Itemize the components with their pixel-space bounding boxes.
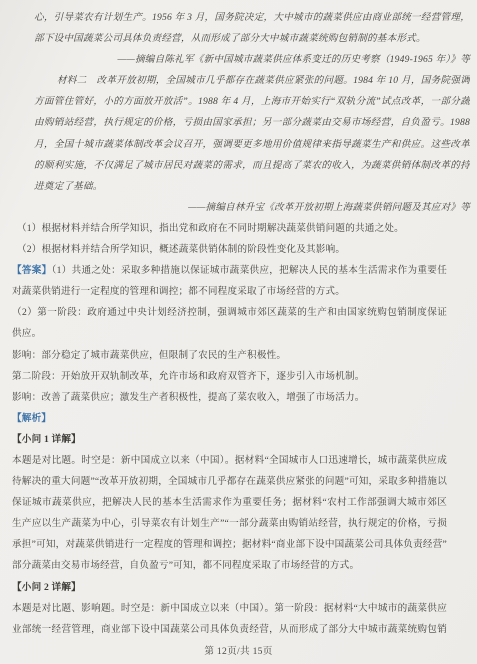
exam-answer-page: 心，引导菜农有计划生产。1956 年 3 月，国务院决定，大中城市的蔬菜供应由商… [0, 0, 477, 664]
line-text: 影响：改善了蔬菜供应；激发生产者积极性，提高了菜农收入，增强了市场活力。 [12, 392, 365, 403]
page-footer: 第 12页/共 15页 [0, 643, 477, 657]
text-line: 影响：改善了蔬菜供应；激发生产者积极性，提高了菜农收入，增强了市场活力。 [12, 387, 447, 408]
line-text: 业部统一经营管理，商业部下设中国蔬菜公司具体负责经营，从而形成了部分大中城市蔬菜… [12, 624, 447, 640]
text-line: 的顺利实施，不仅满足了城市居民对蔬菜的需求，而且提高了菜农的收入，为蔬菜供销体制… [34, 155, 470, 176]
text-line: 材料二 改革开放初期，全国城市几乎都存在蔬菜供应紧张的问题。1984 年 10 … [34, 70, 470, 91]
text-line: 本题是对比题。时空是：新中国成立以来（中国）。据材料“全国城市人口迅速增长，城市… [12, 450, 447, 471]
line-text: 由购销站经营，执行规定的价格，亏损由国家承担；另一部分蔬菜由交易市场经营，自负盈… [34, 117, 470, 133]
line-text: 影响：部分稳定了城市蔬菜供应，但限制了农民的生产积极性。 [12, 350, 286, 361]
text-line: 承担”可知，对蔬菜供销进行一定程度的管理和调控；据材料“商业部下设中国蔬菜公司具… [12, 534, 447, 555]
line-text: （2）根据材料并结合所学知识，概述蔬菜供销体制的阶段性变化及其影响。 [17, 244, 345, 255]
line-text: 的顺利实施，不仅满足了城市居民对蔬菜的需求，而且提高了菜农的收入，为蔬菜供销体制… [34, 160, 470, 176]
text-line: 由购销站经营，执行规定的价格，亏损由国家承担；另一部分蔬菜由交易市场经营，自负盈… [34, 112, 470, 133]
line-text: 待解决的重大问题”“改革开放初期，全国城市几乎都存在蔬菜供应紧张的问题”可知，采… [12, 476, 447, 487]
line-text: ——摘编自林升宝《改革开放初期上海蔬菜供销问题及其应对》等 [188, 202, 470, 213]
line-text: 部下设中国蔬菜公司具体负责经营，从而形成了部分大中城市蔬菜统购包销制的基本形式。 [34, 33, 426, 44]
line-text: 承担”可知，对蔬菜供销进行一定程度的管理和调控；据材料“商业部下设中国蔬菜公司具… [12, 539, 447, 555]
text-line: 保证城市蔬菜供应，把解决人民的基本生活需求作为重要任务；据材料“农村工作部强调大… [12, 492, 447, 513]
line-text: 保证城市蔬菜供应，把解决人民的基本生活需求作为重要任务；据材料“农村工作部强调大… [12, 497, 447, 513]
line-text: 月，全国十城市蔬菜体制改革会议召开，强调要更多地用价值规律来指导蔬菜生产和供应。… [34, 139, 470, 155]
document-text: 心，引导菜农有计划生产。1956 年 3 月，国务院决定，大中城市的蔬菜供应由商… [0, 0, 477, 640]
line-text: 对蔬菜供销进行一定程度的管理和调控；都不同程度采取了市场经营的方式。 [12, 286, 345, 297]
text-line: （1）根据材料并结合所学知识，指出党和政府在不同时期解决蔬菜供销问题的共通之处。 [17, 218, 447, 239]
text-line: 部分蔬菜由交易市场经营，自负盈亏”可知，都不同程度采取了市场经营的方式。 [12, 555, 447, 576]
line-text: 进奠定了基础。 [34, 181, 103, 192]
text-line: 部下设中国蔬菜公司具体负责经营，从而形成了部分大中城市蔬菜统购包销制的基本形式。 [34, 28, 470, 49]
line-text: 生产应以生产蔬菜为中心，引导菜农有计划生产”“一部分蔬菜由购销站经营，执行规定的… [12, 518, 447, 534]
line-text: 心，引导菜农有计划生产。1956 年 3 月，国务院决定，大中城市的蔬菜供应由商… [34, 12, 470, 28]
text-line: 对蔬菜供销进行一定程度的管理和调控；都不同程度采取了市场经营的方式。 [12, 281, 447, 302]
text-line: 月，全国十城市蔬菜体制改革会议召开，强调要更多地用价值规律来指导蔬菜生产和供应。… [34, 134, 470, 155]
line-text: ——摘编自陈礼军《新中国城市蔬菜供应体系变迁的历史考察（1949-1965 年）… [118, 54, 470, 65]
subquestion-detail-marker: 【小问 2 详解】 [12, 582, 81, 593]
text-line: （2）根据材料并结合所学知识，概述蔬菜供销体制的阶段性变化及其影响。 [17, 239, 447, 260]
line-text: 方面管住管好，小的方面放开放活”。1988 年 4 月，上海市开始实行“双轨分流… [34, 96, 470, 112]
text-line: 【小问 1 详解】 [12, 429, 447, 450]
line-text: （1）共通之处：采取多种措施以保证城市蔬菜供应，把解决人民的基本生活需求作为重要… [12, 265, 447, 281]
text-line: 【答案】（1）共通之处：采取多种措施以保证城市蔬菜供应，把解决人民的基本生活需求… [12, 260, 447, 281]
line-text: 本题是对比题。时空是：新中国成立以来（中国）。据材料“全国城市人口迅速增长，城市… [12, 455, 447, 471]
text-line: 业部统一经营管理，商业部下设中国蔬菜公司具体负责经营，从而形成了部分大中城市蔬菜… [12, 619, 447, 640]
line-text: （2）第一阶段：政府通过中央计划经济控制，强调城市郊区蔬菜的生产和由国家统购包销… [12, 307, 447, 323]
line-text: 供应。 [12, 328, 41, 339]
line-text: 第二阶段：开始放开双轨制改革，允许市场和政府双管齐下，逐步引入市场机制。 [12, 371, 365, 382]
line-text: （1）根据材料并结合所学知识，指出党和政府在不同时期解决蔬菜供销问题的共通之处。 [17, 223, 404, 234]
text-line: 第二阶段：开始放开双轨制改革，允许市场和政府双管齐下，逐步引入市场机制。 [12, 366, 447, 387]
text-line: 进奠定了基础。 [34, 176, 470, 197]
text-line: 【小问 2 详解】 [12, 577, 447, 598]
answer-marker: 【答案】 [12, 265, 52, 276]
line-text: 材料二 改革开放初期，全国城市几乎都存在蔬菜供应紧张的问题。1984 年 10 … [34, 75, 470, 91]
subquestion-detail-marker: 【小问 1 详解】 [12, 434, 81, 445]
line-text: 本题是对比题、影响题。时空是：新中国成立以来（中国）。第一阶段：据材料“大中城市… [12, 603, 447, 619]
analysis-marker: 【解析】 [12, 413, 51, 424]
text-line: 本题是对比题、影响题。时空是：新中国成立以来（中国）。第一阶段：据材料“大中城市… [12, 598, 447, 619]
text-line: 影响：部分稳定了城市蔬菜供应，但限制了农民的生产积极性。 [12, 345, 447, 366]
text-line: 方面管住管好，小的方面放开放活”。1988 年 4 月，上海市开始实行“双轨分流… [34, 91, 470, 112]
text-line: （2）第一阶段：政府通过中央计划经济控制，强调城市郊区蔬菜的生产和由国家统购包销… [12, 302, 447, 323]
text-line: 供应。 [12, 323, 447, 344]
text-line: 待解决的重大问题”“改革开放初期，全国城市几乎都存在蔬菜供应紧张的问题”可知，采… [12, 471, 447, 492]
line-text: 部分蔬菜由交易市场经营，自负盈亏”可知，都不同程度采取了市场经营的方式。 [12, 560, 359, 571]
text-line: 【解析】 [12, 408, 447, 429]
text-line: 生产应以生产蔬菜为中心，引导菜农有计划生产”“一部分蔬菜由购销站经营，执行规定的… [12, 513, 447, 534]
text-line: ——摘编自陈礼军《新中国城市蔬菜供应体系变迁的历史考察（1949-1965 年）… [34, 49, 472, 70]
text-line: ——摘编自林升宝《改革开放初期上海蔬菜供销问题及其应对》等 [34, 197, 472, 218]
text-line: 心，引导菜农有计划生产。1956 年 3 月，国务院决定，大中城市的蔬菜供应由商… [34, 7, 470, 28]
